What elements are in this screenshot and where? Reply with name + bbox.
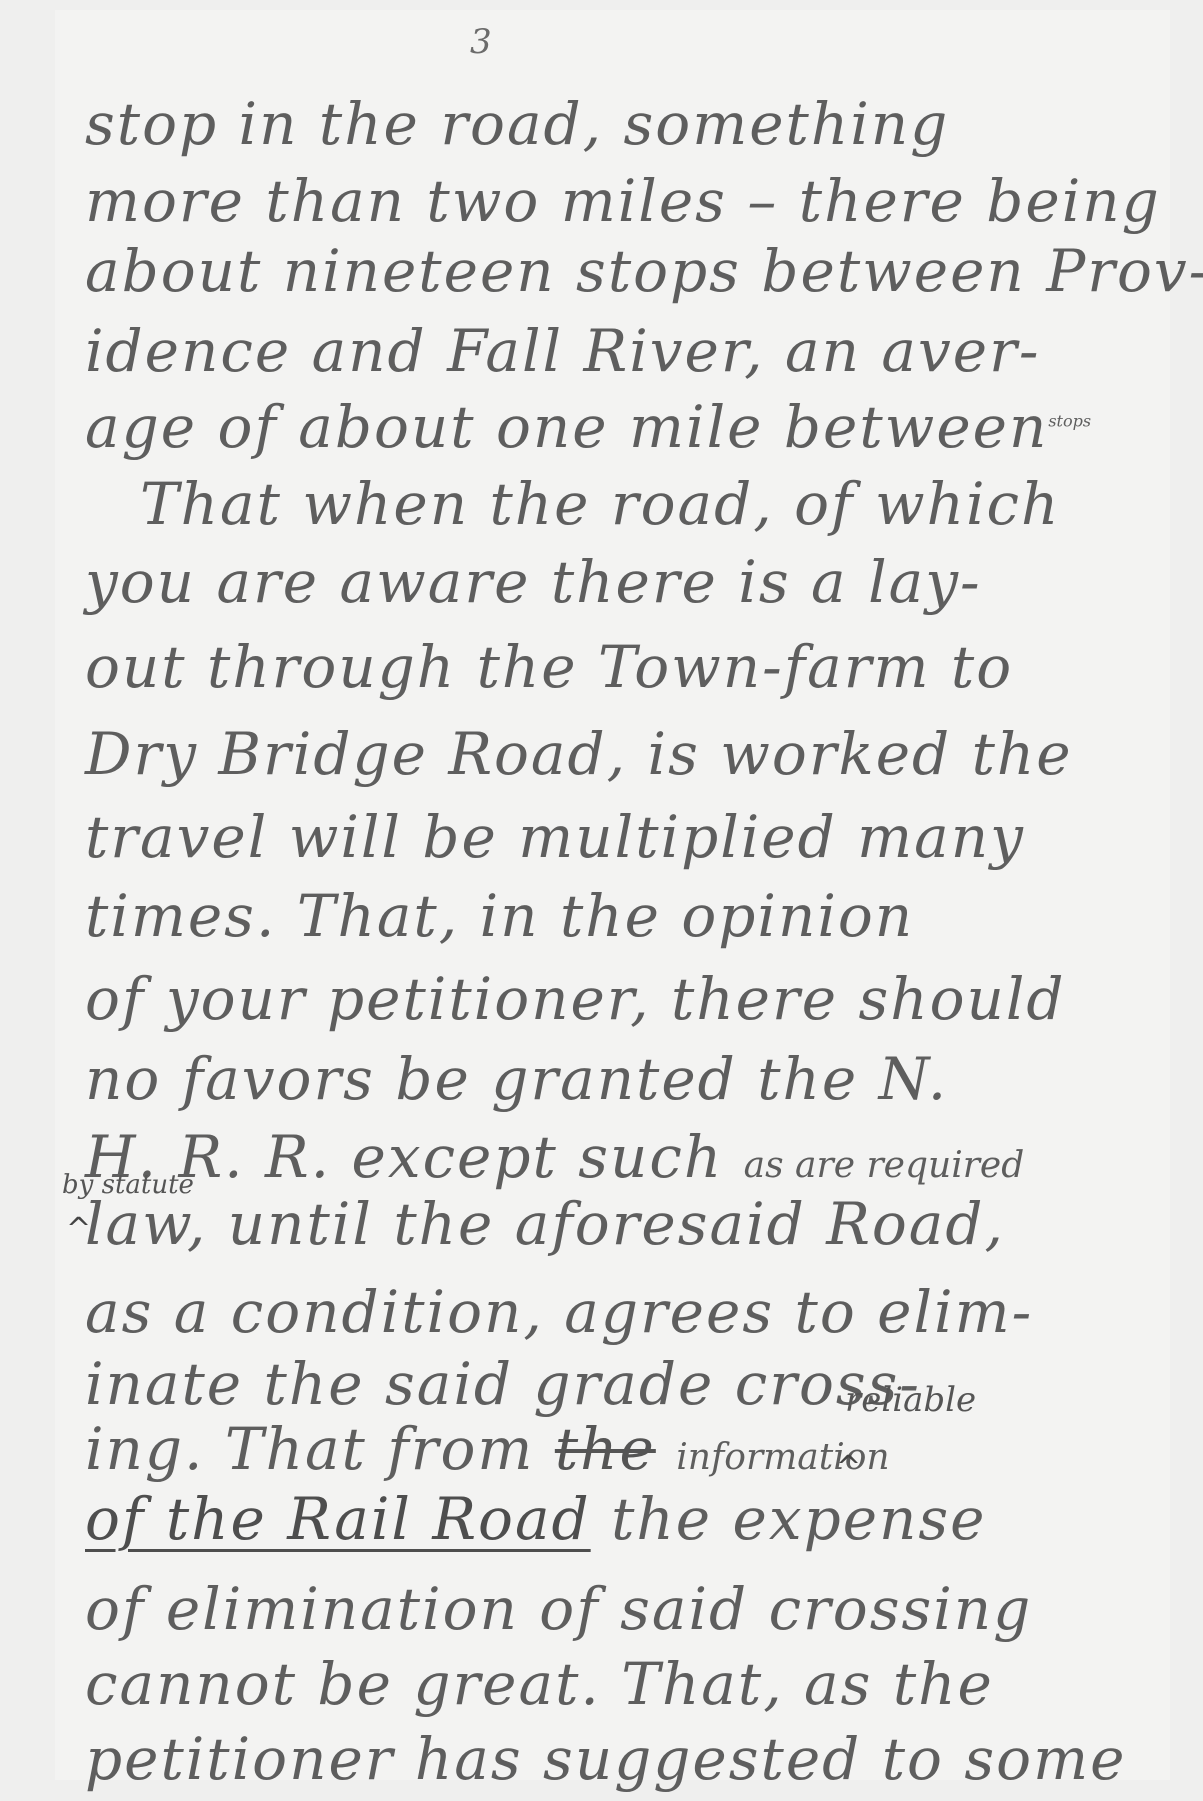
handwritten-line-18: ing. That from the information	[85, 1420, 890, 1478]
handwritten-line-13: no favors be granted the N.	[85, 1050, 948, 1108]
handwritten-line-15: law, until the aforesaid Road,	[85, 1195, 1005, 1253]
handwritten-line-21: cannot be great. That, as the	[85, 1655, 994, 1713]
handwritten-line-17: inate the said grade cross-	[85, 1355, 921, 1413]
handwritten-line-6: That when the road, of which	[140, 475, 1060, 533]
handwritten-line-4: idence and Fall River, an aver-	[85, 322, 1040, 380]
handwritten-line-16: as a condition, agrees to elim-	[85, 1283, 1033, 1341]
line-19-tail: the expense	[611, 1485, 986, 1553]
handwritten-line-7: you are aware there is a lay-	[85, 553, 982, 611]
struck-word-the: the	[555, 1415, 656, 1483]
handwritten-line-2: more than two miles – there being	[85, 172, 1161, 230]
scanned-page: 3 stop in the road, something more than …	[0, 0, 1203, 1801]
handwritten-line-22: petitioner has suggested to some	[85, 1730, 1126, 1788]
handwritten-line-11: times. That, in the opinion	[85, 887, 914, 945]
handwritten-line-9: Dry Bridge Road, is worked the	[85, 725, 1073, 783]
handwritten-line-5: age of about one mile betweenstops	[85, 398, 1091, 456]
handwritten-line-14: H. R. R. except such as are required	[85, 1128, 1024, 1186]
page-number: 3	[470, 22, 492, 62]
handwritten-line-10: travel will be multiplied many	[85, 808, 1025, 866]
insert-reliable: reliable	[845, 1380, 976, 1420]
handwritten-line-19: of the Rail Road the expense	[85, 1490, 986, 1548]
caret-mark-2: ^	[836, 1450, 861, 1485]
underlined-rail-road: of the Rail Road	[85, 1485, 591, 1553]
insert-as-are-required: as are required	[744, 1145, 1025, 1186]
line-5-text: age of about one mile between	[85, 393, 1048, 461]
handwritten-line-3: about nineteen stops between Prov-	[85, 242, 1203, 300]
handwritten-line-8: out through the Town-farm to	[85, 638, 1013, 696]
line-18-text: ing. That from	[85, 1415, 534, 1483]
handwritten-line-12: of your petitioner, there should	[85, 970, 1066, 1028]
handwritten-line-1: stop in the road, something	[85, 95, 949, 153]
handwritten-line-20: of elimination of said crossing	[85, 1580, 1032, 1638]
superscript-stops: stops	[1048, 412, 1091, 431]
